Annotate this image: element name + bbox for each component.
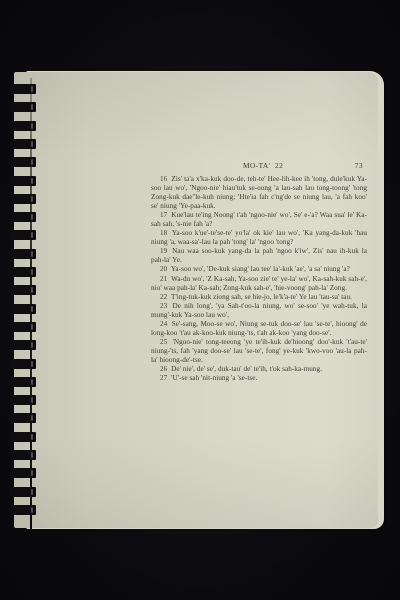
verse-number: 26 <box>160 365 167 373</box>
spiral-coil <box>10 230 36 240</box>
verse-number: 27 <box>160 374 167 382</box>
verse-text: T'ing-tuk-kuk ziong sah, se hie-jo, le'k… <box>171 293 352 301</box>
verse-21: 21 Wa-du wo', 'Z Ka-sah, Ya-soo zie' te'… <box>151 275 377 293</box>
verse-number: 23 <box>160 302 167 310</box>
verse-text: 'U'-se sah 'nit-niung 'a 'se-tse. <box>171 374 257 382</box>
page-text-block: MO-TA' 22 73 16 Zis' ta'a x'ka-kuk doo-d… <box>151 161 377 383</box>
spiral-coil <box>10 121 36 131</box>
spiral-coil <box>10 157 36 167</box>
spiral-coil <box>10 84 36 94</box>
verse-text: Ya-soo k'ue'-te'se-te' yo'la' ok kie' la… <box>151 229 367 246</box>
verse-16: 16 Zis' ta'a x'ka-kuk doo-de, teh-te' He… <box>151 175 377 211</box>
spiral-coil <box>10 285 36 295</box>
verse-number: 21 <box>160 275 167 283</box>
verse-27: 27 'U'-se sah 'nit-niung 'a 'se-tse. <box>151 374 377 383</box>
spiral-coil <box>10 432 36 442</box>
spiral-coil <box>10 487 36 497</box>
spiral-coil <box>10 212 36 222</box>
chapter-number: 22 <box>275 161 283 170</box>
spiral-coil <box>10 267 36 277</box>
verse-text: Se'-sang, Moo-se wo', Niung se-tuk doo-s… <box>151 320 367 337</box>
verse-17: 17 Kue'lau te'ing Noong' t'ah 'ngoo-nie'… <box>151 211 377 229</box>
verse-23: 23 De nih long', 'ya Sah-t'oo-la niung, … <box>151 302 377 320</box>
verse-number: 18 <box>160 229 167 237</box>
spiral-coil <box>10 377 36 387</box>
spiral-coil <box>10 359 36 369</box>
verse-number: 24 <box>160 320 167 328</box>
spiral-coil <box>10 249 36 259</box>
verse-26: 26 De' nie', de' se', duk-tau' de' te'ih… <box>151 365 377 374</box>
verse-text: Zis' ta'a x'ka-kuk doo-de, teh-te' Hee-l… <box>151 175 367 210</box>
spiral-binding <box>8 78 42 528</box>
verse-text: Wa-du wo', 'Z Ka-sah, Ya-soo zie' te' ye… <box>151 275 367 292</box>
verse-text: Nau waa soo-kuk yang-da la pah 'ngoo k'i… <box>151 247 367 264</box>
verse-25: 25 'Ngoo-nie' tong-teeong 'ye te'ih-kuk … <box>151 338 377 365</box>
spiral-coil <box>10 505 36 515</box>
spiral-coil <box>10 139 36 149</box>
verse-text: De nih long', 'ya Sah-t'oo-la niung, wo'… <box>151 302 367 319</box>
verse-text: Ya-soo wo', 'De-kuk siang' lau tee' la'-… <box>171 265 350 273</box>
spiral-coil <box>10 450 36 460</box>
verse-20: 20 Ya-soo wo', 'De-kuk siang' lau tee' l… <box>151 265 377 274</box>
spiral-coil <box>10 340 36 350</box>
verse-number: 20 <box>160 265 167 273</box>
verse-text: 'Ngoo-nie' tong-teeong 'ye te'ih-kuk de'… <box>151 338 367 364</box>
page-number: 73 <box>355 161 363 170</box>
verse-24: 24 Se'-sang, Moo-se wo', Niung se-tuk do… <box>151 320 377 338</box>
verse-text: Kue'lau te'ing Noong' t'ah 'ngoo-nie' wo… <box>151 211 367 228</box>
verse-22: 22 T'ing-tuk-kuk ziong sah, se hie-jo, l… <box>151 293 377 302</box>
spiral-coil <box>10 322 36 332</box>
verse-number: 16 <box>160 175 167 183</box>
verse-number: 17 <box>160 211 167 219</box>
spiral-coil <box>10 102 36 112</box>
spiral-coil <box>10 304 36 314</box>
spiral-coil <box>10 413 36 423</box>
verse-number: 22 <box>160 293 167 301</box>
verse-number: 19 <box>160 247 167 255</box>
photo-scene: MO-TA' 22 73 16 Zis' ta'a x'ka-kuk doo-d… <box>0 0 400 600</box>
spiral-coil <box>10 176 36 186</box>
verse-18: 18 Ya-soo k'ue'-te'se-te' yo'la' ok kie'… <box>151 229 377 247</box>
verse-19: 19 Nau waa soo-kuk yang-da la pah 'ngoo … <box>151 247 377 265</box>
spiral-coil <box>10 194 36 204</box>
verse-text: De' nie', de' se', duk-tau' de' te'ih, t… <box>171 365 322 373</box>
verse-number: 25 <box>160 338 167 346</box>
spiral-coil <box>10 395 36 405</box>
spiral-coil <box>10 468 36 478</box>
running-title: MO-TA' <box>243 161 270 170</box>
page-header: MO-TA' 22 73 <box>151 161 377 175</box>
